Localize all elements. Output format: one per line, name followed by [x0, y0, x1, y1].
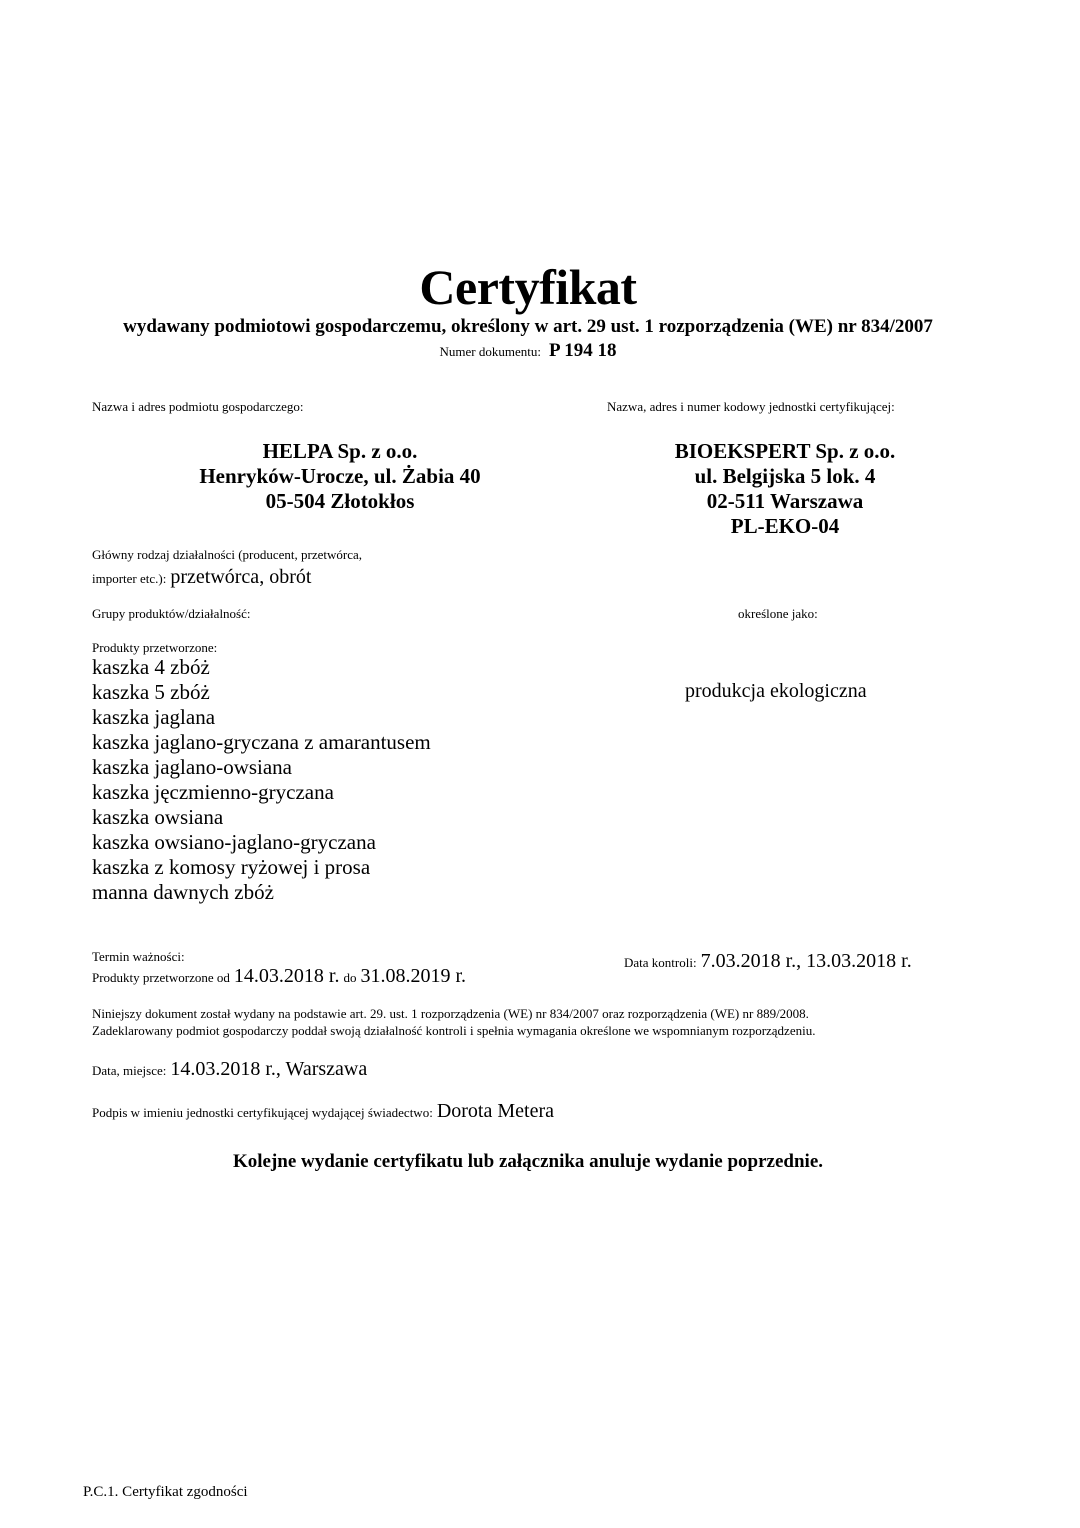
- activity-row: importer etc.): przetwórca, obrót: [92, 565, 311, 591]
- product-list: kaszka 4 zbóż kaszka 5 zbóż kaszka jagla…: [92, 655, 431, 905]
- validity-to: 31.08.2019 r.: [360, 965, 466, 987]
- defined-as-label: określone jako:: [738, 606, 818, 622]
- activity-label-line1: Główny rodzaj działalności (producent, p…: [92, 547, 362, 563]
- legal-basis-line2: Zadeklarowany podmiot gospodarczy poddał…: [92, 1023, 815, 1039]
- document-number-label: Numer dokumentu:: [439, 344, 540, 359]
- signature-label: Podpis w imieniu jednostki certyfikujące…: [92, 1105, 433, 1120]
- operator-name: HELPA Sp. z o.o.: [140, 439, 540, 464]
- list-item: kaszka jaglana: [92, 705, 431, 730]
- issue-row: Data, miejsce: 14.03.2018 r., Warszawa: [92, 1056, 367, 1084]
- certificate-title: Certyfikat: [0, 258, 1056, 316]
- signature-row: Podpis w imieniu jednostki certyfikujące…: [92, 1098, 554, 1126]
- list-item: manna dawnych zbóż: [92, 880, 431, 905]
- footer-form-code: P.C.1. Certyfikat zgodności: [83, 1483, 248, 1501]
- list-item: kaszka jaglano-owsiana: [92, 755, 431, 780]
- product-groups-label: Grupy produktów/działalność:: [92, 606, 251, 622]
- operator-address: HELPA Sp. z o.o. Henryków-Urocze, ul. Ża…: [140, 439, 540, 514]
- certifier-name: BIOEKSPERT Sp. z o.o.: [585, 439, 985, 464]
- list-item: kaszka z komosy ryżowej i prosa: [92, 855, 431, 880]
- operator-city: 05-504 Złotokłos: [140, 489, 540, 514]
- list-item: kaszka owsiana: [92, 805, 431, 830]
- certifier-code: PL-EKO-04: [585, 514, 985, 539]
- certificate-subtitle: wydawany podmiotowi gospodarczemu, okreś…: [0, 316, 1056, 338]
- operator-street: Henryków-Urocze, ul. Żabia 40: [140, 464, 540, 489]
- list-item: kaszka 4 zbóż: [92, 655, 431, 680]
- legal-basis-line1: Niniejszy dokument został wydany na pods…: [92, 1006, 809, 1022]
- list-item: kaszka owsiano-jaglano-gryczana: [92, 830, 431, 855]
- inspection-row: Data kontroli: 7.03.2018 r., 13.03.2018 …: [624, 948, 912, 976]
- operator-label: Nazwa i adres podmiotu gospodarczego:: [92, 399, 304, 415]
- activity-value: przetwórca, obrót: [170, 566, 311, 588]
- processed-products-label: Produkty przetworzone:: [92, 640, 217, 656]
- list-item: kaszka jęczmienno-gryczana: [92, 780, 431, 805]
- certifier-city: 02-511 Warszawa: [585, 489, 985, 514]
- list-item: kaszka 5 zbóż: [92, 680, 431, 705]
- certifier-label: Nazwa, adres i numer kodowy jednostki ce…: [607, 399, 895, 415]
- defined-as-value: produkcja ekologiczna: [685, 679, 867, 703]
- validity-row: Produkty przetworzone od 14.03.2018 r. d…: [92, 963, 466, 991]
- reissue-notice: Kolejne wydanie certyfikatu lub załączni…: [0, 1150, 1056, 1174]
- certifier-address: BIOEKSPERT Sp. z o.o. ul. Belgijska 5 lo…: [585, 439, 985, 539]
- inspection-label: Data kontroli:: [624, 955, 697, 970]
- validity-scope-label: Produkty przetworzone od: [92, 970, 230, 985]
- issue-label: Data, miejsce:: [92, 1063, 166, 1078]
- inspection-value: 7.03.2018 r., 13.03.2018 r.: [701, 950, 912, 972]
- validity-to-label: do: [343, 970, 356, 985]
- document-number-value: P 194 18: [549, 340, 617, 361]
- document-number: Numer dokumentu: P 194 18: [0, 340, 1056, 363]
- activity-label-line2: importer etc.):: [92, 571, 166, 586]
- list-item: kaszka jaglano-gryczana z amarantusem: [92, 730, 431, 755]
- issue-value: 14.03.2018 r., Warszawa: [170, 1058, 367, 1080]
- certifier-street: ul. Belgijska 5 lok. 4: [585, 464, 985, 489]
- validity-from: 14.03.2018 r.: [234, 965, 340, 987]
- signature-value: Dorota Metera: [437, 1100, 554, 1122]
